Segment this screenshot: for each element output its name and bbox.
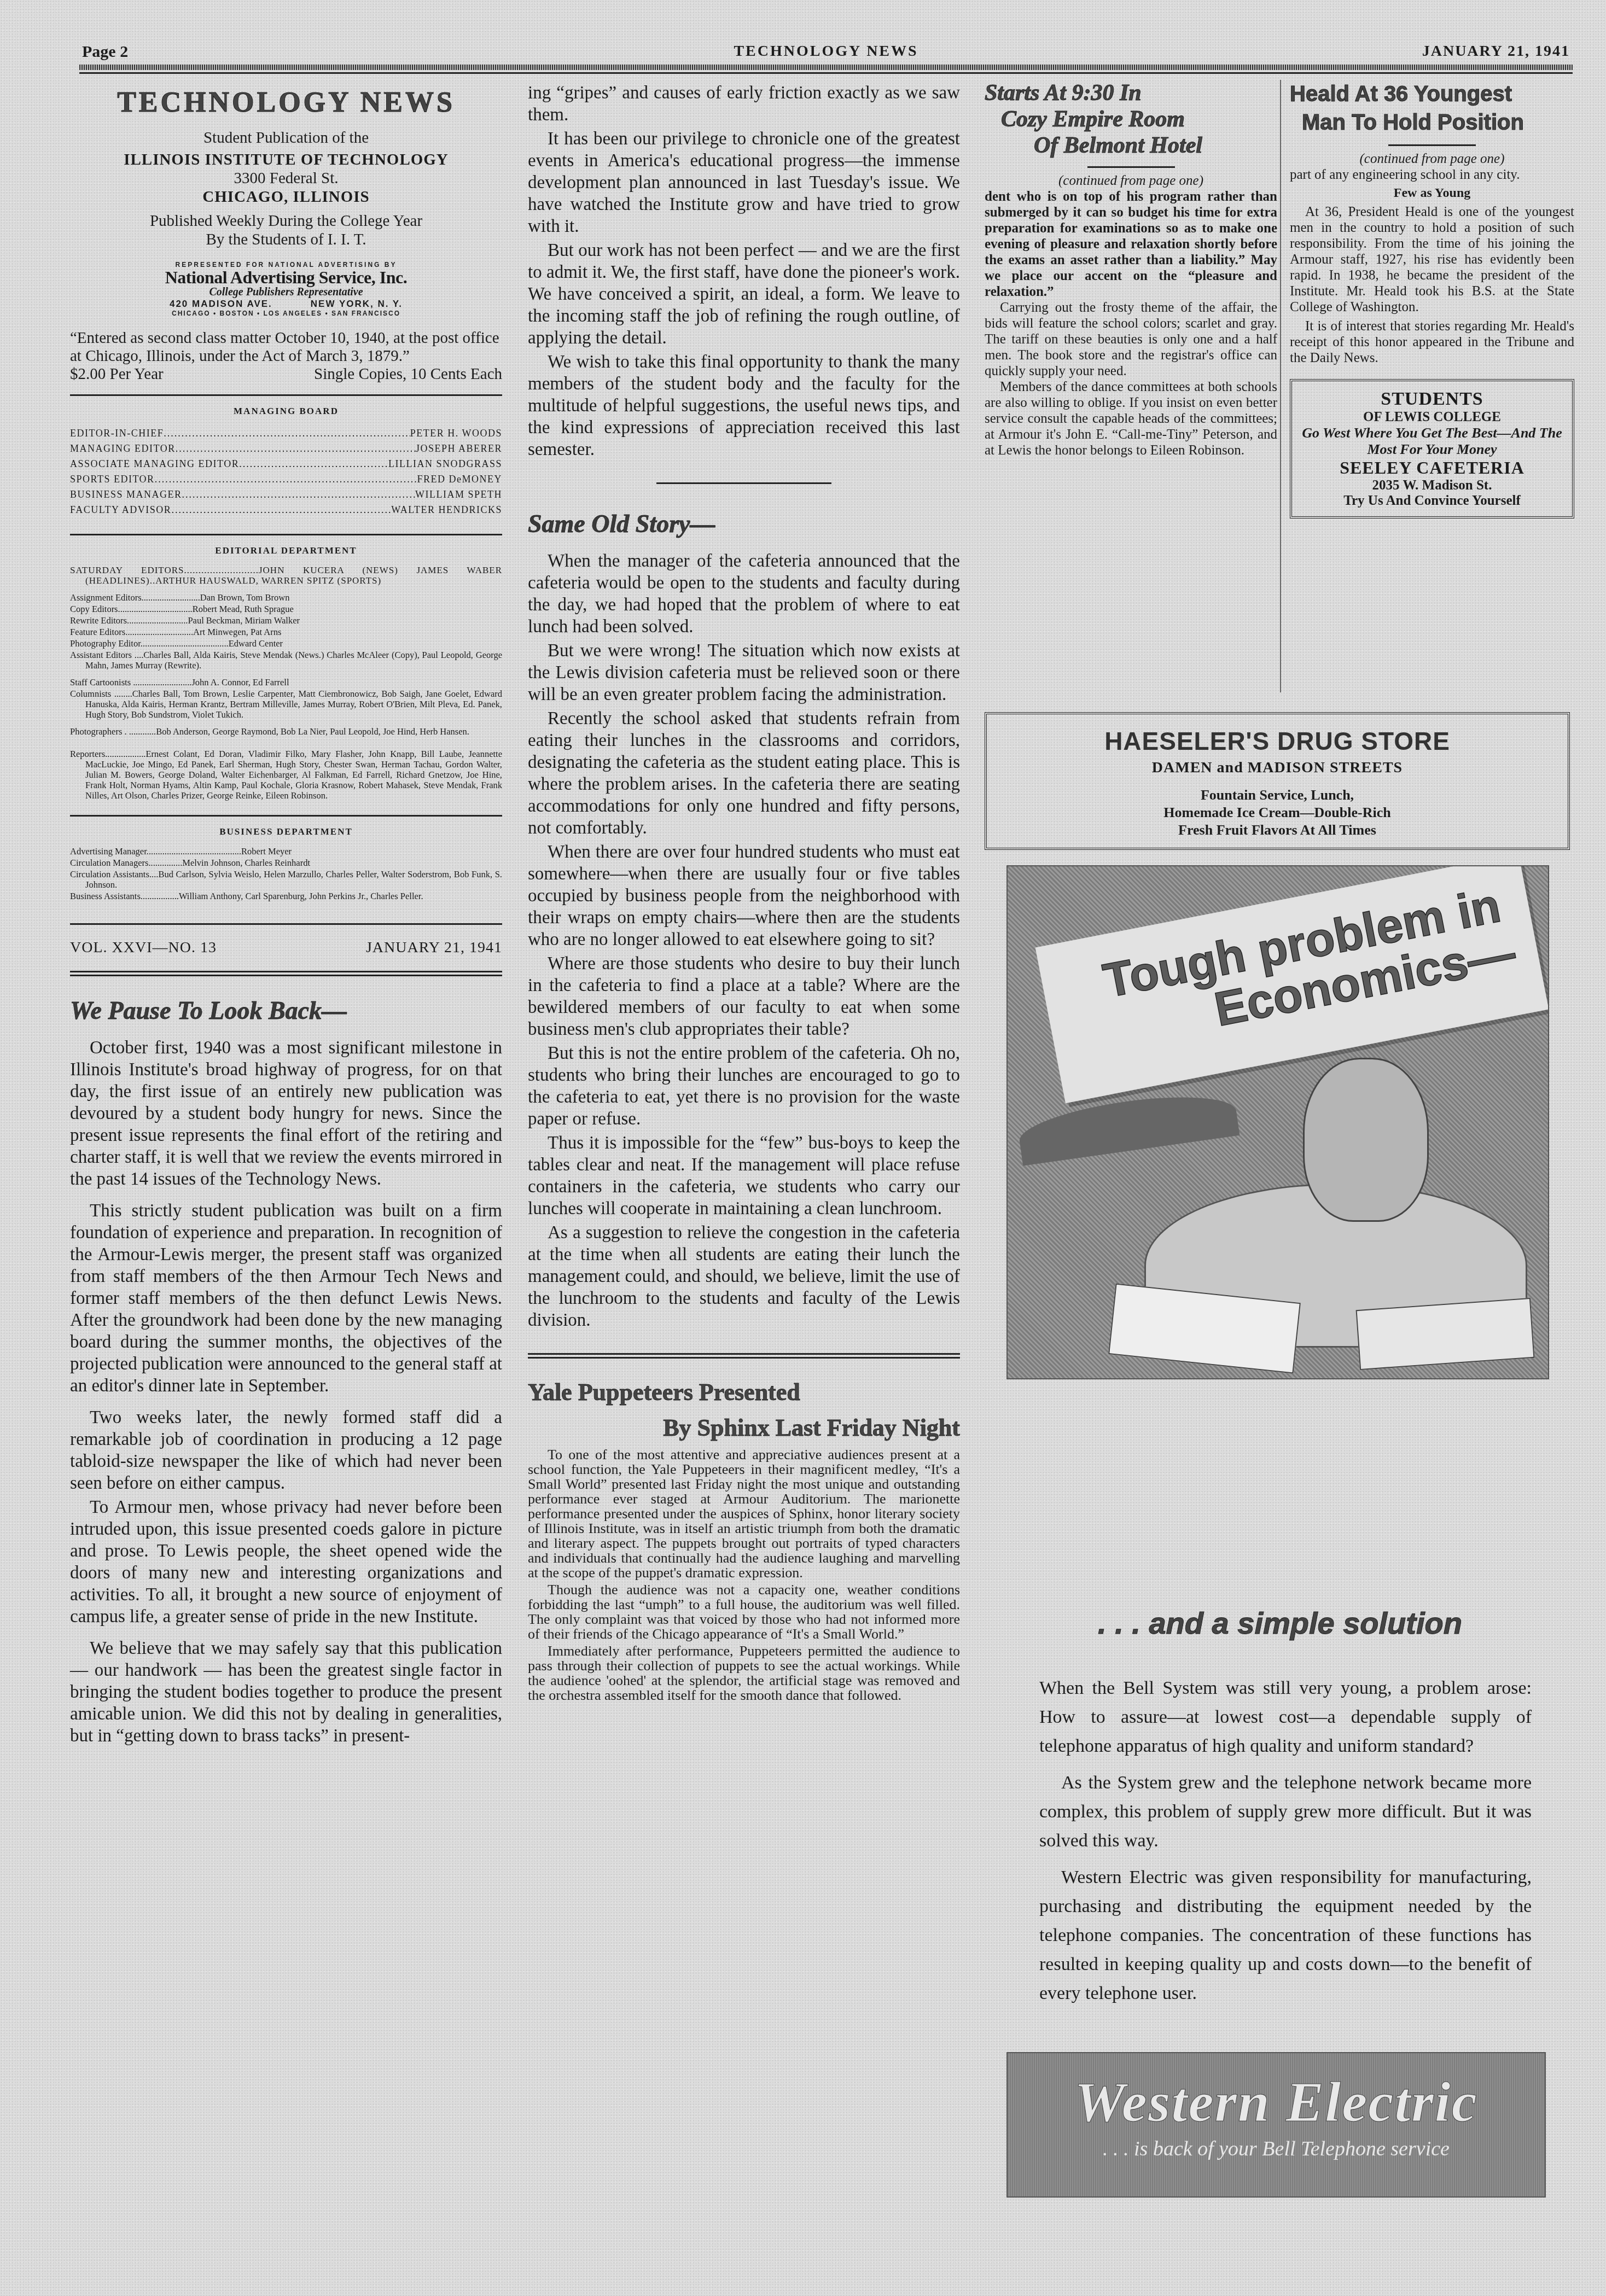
entered-notice: “Entered as second class matter October … (70, 329, 502, 365)
ad-line: Homemade Ice Cream—Double-Rich (992, 804, 1562, 821)
divider (70, 394, 502, 396)
starts-headline-line2: Cozy Empire Room (985, 106, 1277, 132)
paragraph: It is of interest that stories regarding… (1290, 318, 1574, 366)
price-single: Single Copies, 10 Cents Each (314, 365, 502, 383)
nas-tagline: College Publishers Representative (70, 286, 502, 299)
staff-entry: Advertising Manager.....................… (70, 846, 502, 856)
haeseler-drug-store-ad: HAESELER'S DRUG STORE DAMEN and MADISON … (985, 712, 1570, 850)
heald-article: Heald At 36 Youngest Man To Hold Positio… (1290, 80, 1574, 518)
masthead-institution: ILLINOIS INSTITUTE OF TECHNOLOGY (70, 150, 502, 169)
staff-entry: Staff Cartoonists ......................… (70, 677, 502, 687)
divider (70, 975, 502, 976)
paragraph: Recently the school asked that students … (528, 708, 960, 839)
paragraph: As a suggestion to relieve the congestio… (528, 1222, 960, 1331)
nas-name: National Advertising Service, Inc. (70, 269, 502, 286)
editorial-column: ing “gripes” and causes of early frictio… (528, 82, 960, 1705)
masthead-address: 3300 Federal St. (70, 169, 502, 188)
paragraph: Where are those students who desire to b… (528, 953, 960, 1040)
staff-entry: Business Assistants.................Will… (70, 891, 502, 901)
volume-number: VOL. XXVI—NO. 13 (70, 939, 217, 957)
price-row: $2.00 Per Year Single Copies, 10 Cents E… (70, 365, 502, 383)
western-electric-tagline: . . . is back of your Bell Telephone ser… (1008, 2137, 1545, 2161)
editorial-department-heading: EDITORIAL DEPARTMENT (70, 545, 502, 556)
western-electric-banner: Western Electric . . . is back of your B… (1006, 2052, 1546, 2198)
staff-entry: Assignment Editors......................… (70, 592, 502, 603)
paragraph: When there are over four hundred student… (528, 841, 960, 951)
paragraph: dent who is on top of his program rather… (985, 189, 1277, 300)
divider (70, 971, 502, 972)
paragraph: But this is not the entire problem of th… (528, 1042, 960, 1130)
managing-board-heading: MANAGING BOARD (70, 406, 502, 417)
divider (70, 815, 502, 817)
column-rule (1280, 80, 1281, 692)
nas-address: 420 MADISON AVE. NEW YORK, N. Y. (70, 299, 502, 310)
western-electric-copy: When the Bell System was still very youn… (1039, 1674, 1532, 2008)
student-head-shape (1303, 1058, 1429, 1222)
book-shape (1356, 1298, 1535, 1370)
business-department-heading: BUSINESS DEPARTMENT (70, 826, 502, 837)
yale-headline-line1: Yale Puppeteers Presented (528, 1378, 960, 1406)
paragraph: Thus it is impossible for the “few” bus-… (528, 1132, 960, 1220)
paragraph: ing “gripes” and causes of early frictio… (528, 82, 960, 126)
staff-entry: Copy Editors............................… (70, 604, 502, 614)
running-header: Page 2 TECHNOLOGY NEWS JANUARY 21, 1941 (82, 43, 1570, 65)
illustration-sign: Tough problem in Economics— (1035, 865, 1549, 1103)
western-electric-logo: Western Electric (1008, 2070, 1545, 2135)
staff-entry: Rewrite Editors.........................… (70, 615, 502, 626)
staff-entry: Photographers . ............Bob Anderson… (70, 726, 502, 737)
paragraph: Immediately after performance, Puppeteer… (528, 1644, 960, 1703)
price-year: $2.00 Per Year (70, 365, 164, 383)
subhead: Few as Young (1290, 186, 1574, 201)
divider (70, 923, 502, 925)
board-row: SPORTS EDITORFRED DeMONEY (70, 471, 502, 487)
header-rule (79, 65, 1573, 70)
starts-headline-line1: Starts At 9:30 In (985, 80, 1277, 106)
managing-board-list: EDITOR-IN-CHIEFPETER H. WOODS MANAGING E… (70, 426, 502, 517)
board-row: MANAGING EDITORJOSEPH ABERER (70, 441, 502, 456)
economics-illustration: Tough problem in Economics— (1006, 865, 1549, 1379)
heald-headline-line1: Heald At 36 Youngest (1290, 80, 1574, 108)
volume-row: VOL. XXVI—NO. 13 JANUARY 21, 1941 (70, 939, 502, 957)
paragraph: When the Bell System was still very youn… (1039, 1674, 1532, 1761)
paragraph: This strictly student publication was bu… (70, 1200, 502, 1397)
ad-line: Fountain Service, Lunch, (992, 786, 1562, 804)
desk-lamp-shape (1016, 1087, 1240, 1166)
masthead-title: TECHNOLOGY NEWS (70, 86, 502, 119)
staff-entry: Photography Editor......................… (70, 638, 502, 649)
divider (1388, 144, 1476, 146)
board-row: EDITOR-IN-CHIEFPETER H. WOODS (70, 426, 502, 441)
heald-headline-line2: Man To Hold Position (1290, 108, 1574, 137)
yale-headline-line2: By Sphinx Last Friday Night (528, 1414, 960, 1442)
paragraph: part of any engineering school in any ci… (1290, 167, 1574, 183)
nas-cities: CHICAGO • BOSTON • LOS ANGELES • SAN FRA… (70, 310, 502, 317)
ad-line: Go West Where You Get The Best—And The M… (1297, 425, 1567, 458)
paragraph: Though the audience was not a capacity o… (528, 1582, 960, 1641)
staff-entry: Columnists ........Charles Ball, Tom Bro… (70, 689, 502, 720)
board-row: ASSOCIATE MANAGING EDITORLILLIAN SNODGRA… (70, 456, 502, 471)
staff-entry: Circulation Assistants....Bud Carlson, S… (70, 869, 502, 890)
ad-slogan: Try Us And Convince Yourself (1297, 493, 1567, 509)
ad-name: HAESELER'S DRUG STORE (992, 726, 1562, 756)
staff-entry: Assistant Editors ....Charles Ball, Alda… (70, 650, 502, 671)
continued-note: (continued from page one) (1290, 151, 1574, 167)
ad-line: OF LEWIS COLLEGE (1297, 410, 1567, 425)
paragraph: We believe that we may safely say that t… (70, 1637, 502, 1747)
national-advertising-block: REPRESENTED FOR NATIONAL ADVERTISING BY … (70, 261, 502, 317)
saturday-editors: SATURDAY EDITORS........................… (70, 565, 502, 586)
paragraph: We wish to take this final opportunity t… (528, 351, 960, 461)
volume-date: JANUARY 21, 1941 (366, 939, 502, 957)
divider (656, 482, 831, 484)
starts-article: Starts At 9:30 In Cozy Empire Room Of Be… (985, 80, 1277, 458)
masthead-published: Published Weekly During the College Year (70, 212, 502, 230)
ad-line: Fresh Fruit Flavors At All Times (992, 821, 1562, 839)
header-rule-thin (79, 72, 1573, 74)
masthead-city: CHICAGO, ILLINOIS (70, 188, 502, 206)
paragraph: Carrying out the frosty theme of the aff… (985, 300, 1277, 379)
editorial-headline-pause: We Pause To Look Back— (70, 996, 502, 1025)
paragraph: Two weeks later, the newly formed staff … (70, 1407, 502, 1494)
paragraph: As the System grew and the telephone net… (1039, 1768, 1532, 1855)
masthead-column: TECHNOLOGY NEWS Student Publication of t… (70, 81, 502, 1749)
starts-headline-line3: Of Belmont Hotel (985, 132, 1277, 159)
paragraph: When the manager of the cafeteria announ… (528, 550, 960, 638)
paragraph: To Armour men, whose privacy had never b… (70, 1496, 502, 1628)
staff-entry: Reporters..................Ernest Colant… (70, 749, 502, 801)
running-date: JANUARY 21, 1941 (1422, 43, 1570, 60)
ad-name: SEELEY CAFETERIA (1297, 458, 1567, 478)
paragraph: But we were wrong! The situation which n… (528, 640, 960, 706)
paragraph: But our work has not been perfect — and … (528, 240, 960, 349)
paragraph: It has been our privilege to chronicle o… (528, 128, 960, 237)
ad-address: 2035 W. Madison St. (1297, 478, 1567, 493)
nas-street: 420 MADISON AVE. (170, 299, 272, 310)
staff-entry: Feature Editors.........................… (70, 627, 502, 637)
board-row: BUSINESS MANAGERWILLIAM SPETH (70, 487, 502, 502)
paragraph: Members of the dance committees at both … (985, 379, 1277, 458)
divider (528, 1353, 960, 1355)
masthead-line: Student Publication of the (70, 129, 502, 147)
paragraph: To one of the most attentive and appreci… (528, 1447, 960, 1580)
paragraph: Western Electric was given responsibilit… (1039, 1863, 1532, 2008)
newspaper-page: Page 2 TECHNOLOGY NEWS JANUARY 21, 1941 … (0, 0, 1606, 2296)
running-publication-name: TECHNOLOGY NEWS (82, 43, 1570, 60)
board-row: FACULTY ADVISORWALTER HENDRICKS (70, 502, 502, 517)
divider (528, 1357, 960, 1359)
ad-line: STUDENTS (1297, 389, 1567, 410)
staff-entry: Circulation Managers...............Melvi… (70, 858, 502, 868)
nas-newyork: NEW YORK, N. Y. (311, 299, 403, 310)
divider (1087, 166, 1175, 168)
seeley-cafeteria-ad: STUDENTS OF LEWIS COLLEGE Go West Where … (1290, 379, 1574, 518)
paragraph: At 36, President Heald is one of the you… (1290, 204, 1574, 315)
divider (70, 534, 502, 535)
paragraph: October first, 1940 was a most significa… (70, 1037, 502, 1190)
ad-location: DAMEN and MADISON STREETS (992, 759, 1562, 777)
masthead-by: By the Students of I. I. T. (70, 230, 502, 249)
editorial-headline-story: Same Old Story— (528, 509, 960, 538)
ad-subhead: . . . and a simple solution (1028, 1605, 1532, 1641)
continued-note: (continued from page one) (985, 173, 1277, 189)
